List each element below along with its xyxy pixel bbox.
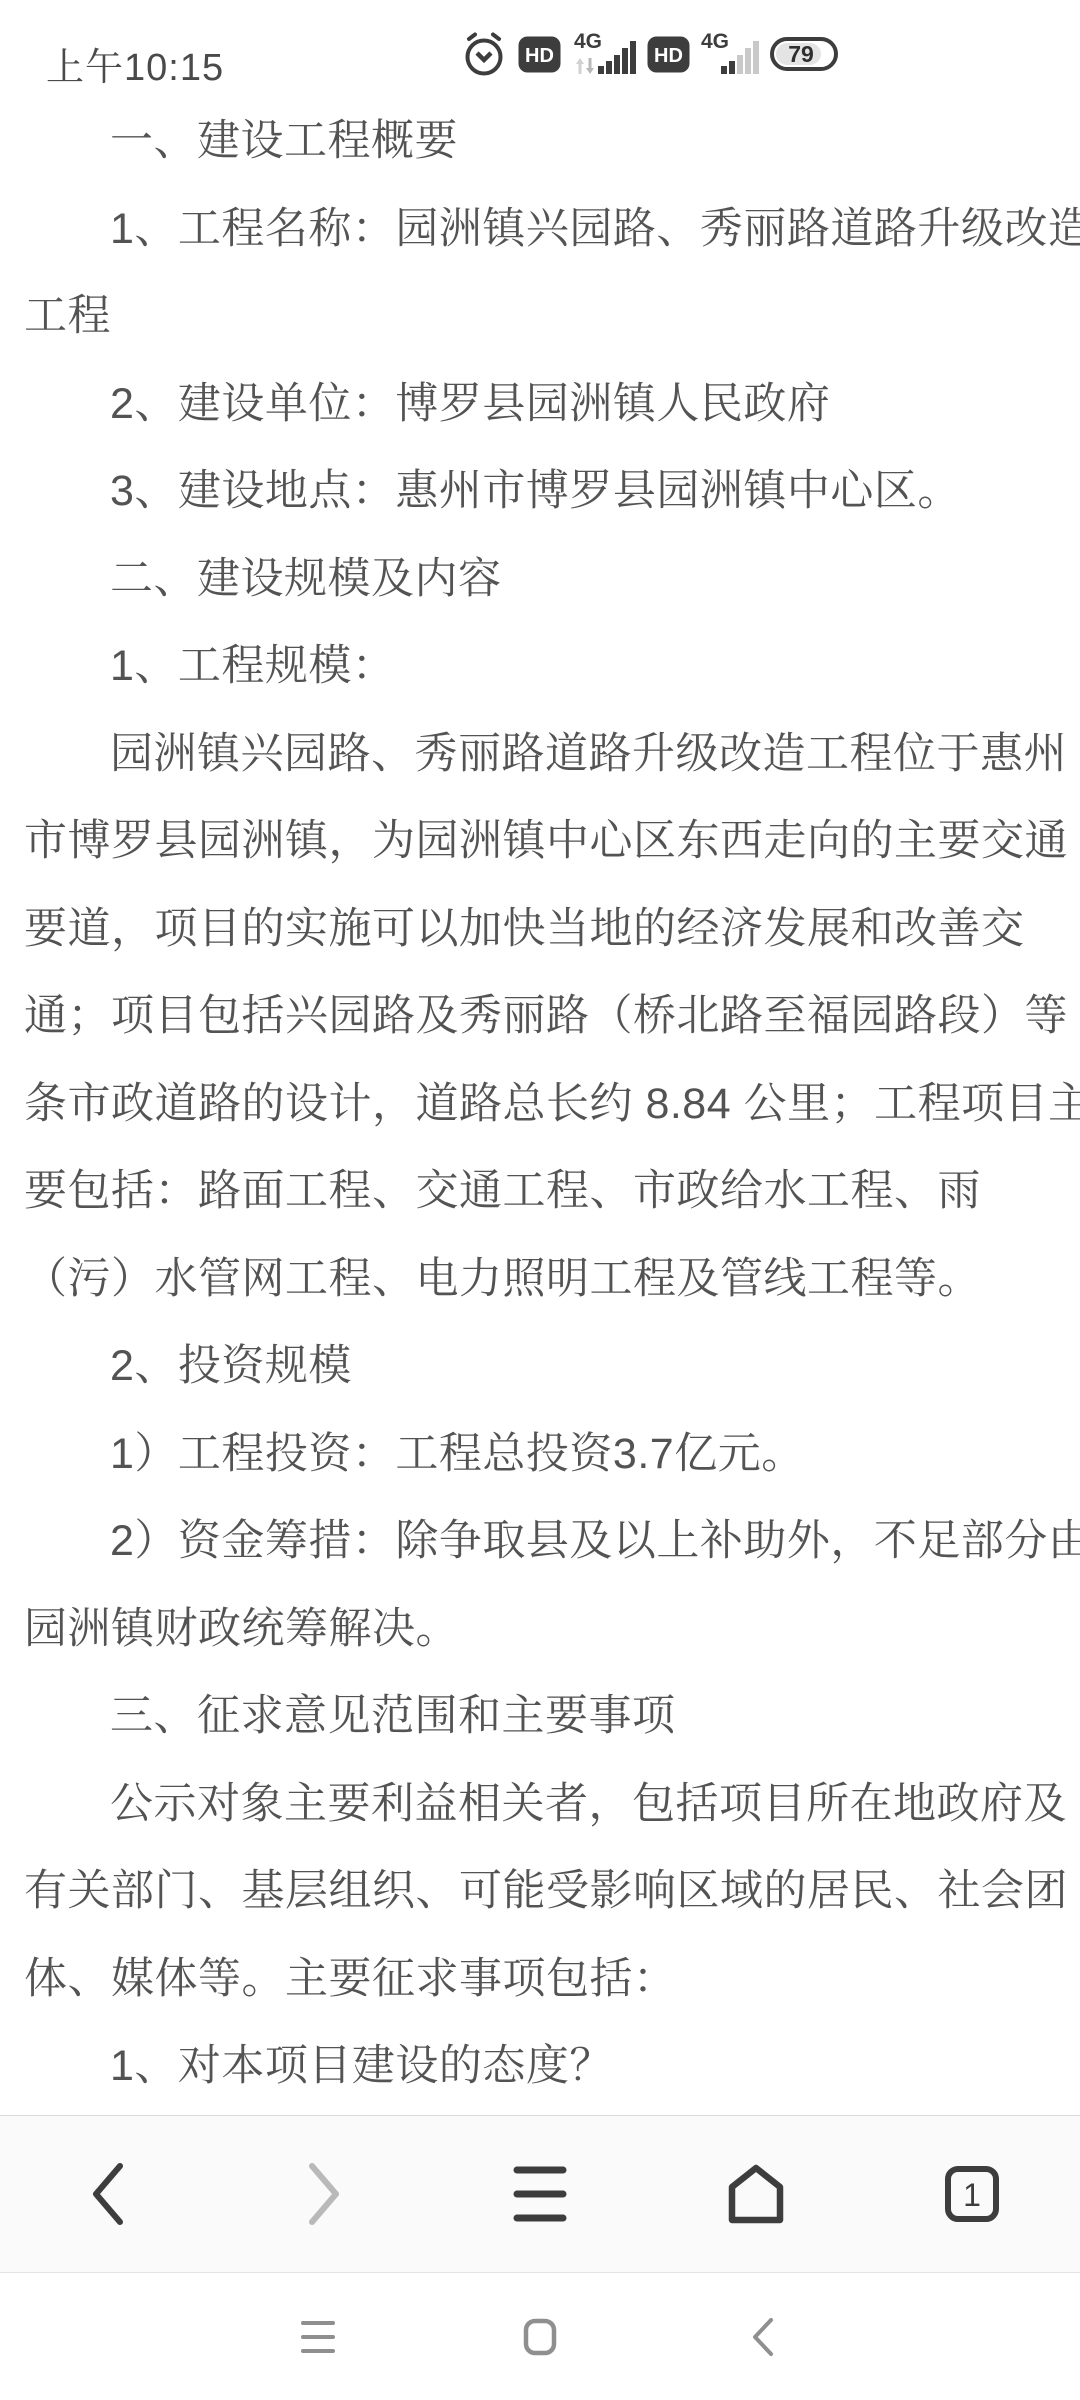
browser-back-button[interactable] — [0, 2116, 216, 2272]
text-line: 二、建设规模及内容 — [24, 536, 1058, 624]
text-line: 3、建设地点：惠州市博罗县园洲镇中心区。 — [24, 448, 1058, 536]
text-line: 工程 — [24, 273, 1058, 361]
svg-text:79: 79 — [788, 41, 814, 67]
browser-home-button[interactable] — [648, 2116, 864, 2272]
home-square-icon — [523, 2318, 557, 2356]
home-icon — [727, 2164, 785, 2224]
text-line: 要包括：路面工程、交通工程、市政给水工程、雨 — [24, 1148, 1058, 1236]
status-bar: 上午10:15 HD 4G — [0, 0, 1080, 100]
hd-badge-icon: HD — [518, 36, 561, 73]
browser-toolbar: 1 — [0, 2115, 1080, 2272]
text-line: 园洲镇财政统筹解决。 — [24, 1586, 1058, 1674]
text-line: 1）工程投资：工程总投资3.7亿元。 — [24, 1411, 1058, 1499]
system-recents-button[interactable] — [296, 2305, 340, 2369]
text-line: 三、征求意见范围和主要事项 — [24, 1673, 1058, 1761]
text-line: 2、投资规模 — [24, 1323, 1058, 1411]
svg-text:HD: HD — [525, 45, 554, 67]
text-line: 2）资金筹措：除争取县及以上补助外，不足部分由 — [24, 1498, 1058, 1586]
browser-tabs-button[interactable]: 1 — [864, 2116, 1080, 2272]
text-line: （污）水管网工程、电力照明工程及管线工程等。 — [24, 1236, 1058, 1324]
system-home-button[interactable] — [518, 2305, 562, 2369]
hd-badge-icon: HD — [647, 36, 690, 73]
signal-4g-partial-icon: 4G — [701, 30, 759, 78]
text-line: 1、工程名称：园洲镇兴园路、秀丽路道路升级改造 — [24, 186, 1058, 274]
back-icon — [88, 2161, 128, 2227]
system-nav-bar — [0, 2272, 1080, 2400]
document-body: 一、建设工程概要1、工程名称：园洲镇兴园路、秀丽路道路升级改造工程2、建设单位：… — [24, 98, 1058, 2111]
recents-menu-icon — [301, 2319, 335, 2355]
menu-icon — [513, 2165, 567, 2223]
browser-menu-button[interactable] — [432, 2116, 648, 2272]
text-line: 公示对象主要利益相关者，包括项目所在地政府及 — [24, 1761, 1058, 1849]
svg-text:4G: 4G — [574, 30, 602, 53]
text-line: 条市政道路的设计，道路总长约 8.84 公里；工程项目主 — [24, 1061, 1058, 1149]
text-line: 1、工程规模： — [24, 623, 1058, 711]
text-line: 市博罗县园洲镇，为园洲镇中心区东西走向的主要交通 — [24, 798, 1058, 886]
forward-icon — [304, 2161, 344, 2227]
svg-text:HD: HD — [654, 45, 683, 67]
battery-icon: 79 — [770, 37, 840, 71]
text-line: 通；项目包括兴园路及秀丽路（桥北路至福园路段）等 2 — [24, 973, 1058, 1061]
status-icons: HD 4G — [461, 28, 840, 80]
text-line: 2、建设单位：博罗县园洲镇人民政府 — [24, 361, 1058, 449]
signal-4g-full-icon: 4G — [572, 30, 636, 78]
status-time: 上午10:15 — [46, 36, 224, 91]
text-line: 园洲镇兴园路、秀丽路道路升级改造工程位于惠州 — [24, 711, 1058, 799]
back-chevron-icon — [749, 2317, 775, 2357]
phone-screen: { "status_bar": { "time": "上午10:15", "ba… — [0, 0, 1080, 2400]
system-back-button[interactable] — [740, 2305, 784, 2369]
text-line: 要道，项目的实施可以加快当地的经济发展和改善交 — [24, 886, 1058, 974]
svg-text:4G: 4G — [701, 30, 729, 53]
tabs-count: 1 — [963, 2177, 981, 2213]
text-line: 有关部门、基层组织、可能受影响区域的居民、社会团 — [24, 1848, 1058, 1936]
text-line: 1、对本项目建设的态度？ — [24, 2023, 1058, 2111]
text-line: 体、媒体等。主要征求事项包括： — [24, 1936, 1058, 2024]
browser-forward-button[interactable] — [216, 2116, 432, 2272]
text-line: 一、建设工程概要 — [24, 98, 1058, 186]
tabs-icon: 1 — [944, 2165, 1000, 2223]
alarm-icon — [461, 30, 507, 78]
